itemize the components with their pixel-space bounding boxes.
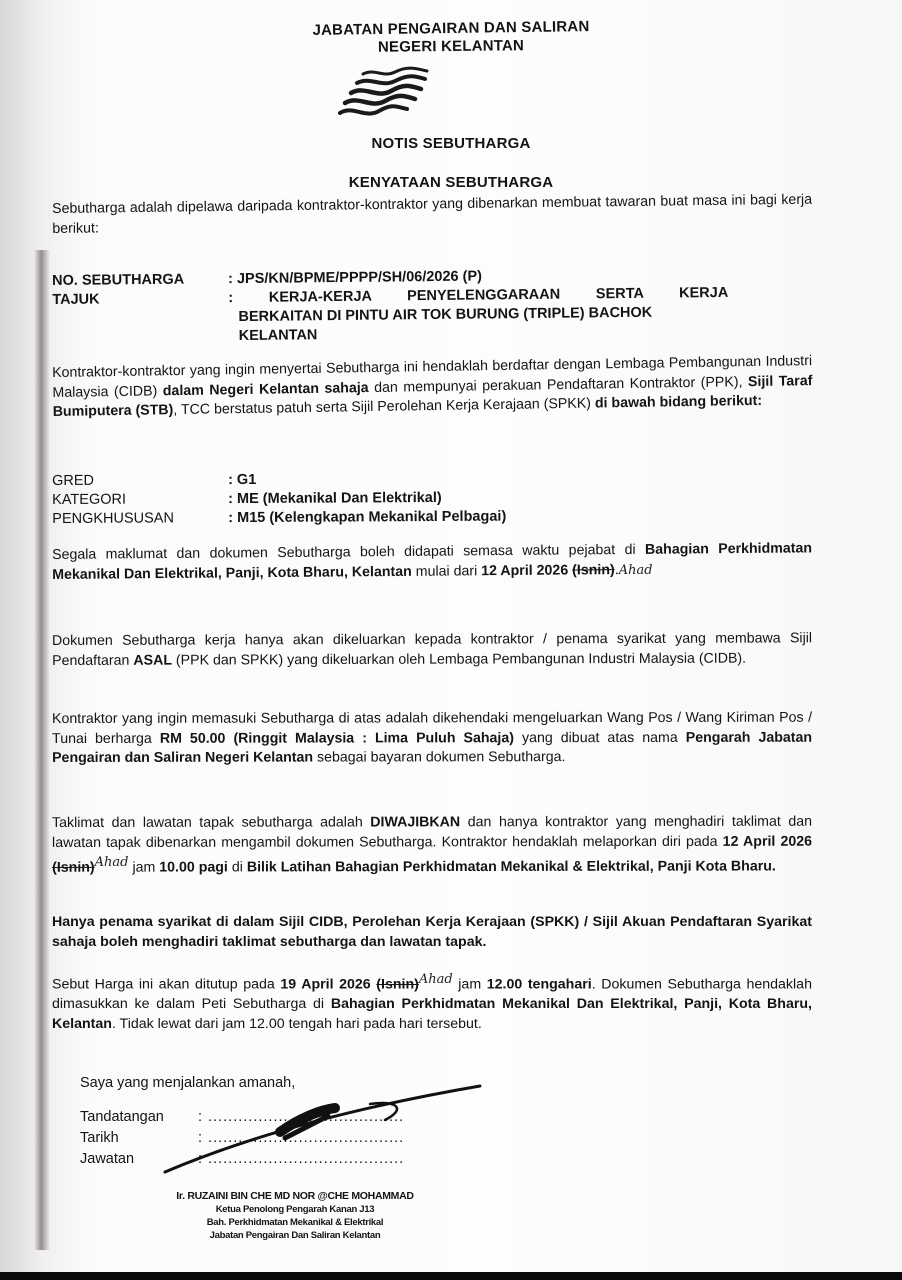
attendance-paragraph: Hanya penama syarikat di dalam Sijil CID… xyxy=(52,913,812,952)
quotation-details: NO. SEBUTHARGA : JPS/KN/BPME/PPPP/SH/06/… xyxy=(52,265,729,348)
quotation-title-label: TAJUK xyxy=(52,289,228,310)
bottom-edge xyxy=(0,1272,902,1280)
eligibility-paragraph: Kontraktor-kontraktor yang ingin menyert… xyxy=(52,352,813,423)
closing-paragraph: Sebut Harga ini akan ditutup pada 19 Apr… xyxy=(52,970,812,1035)
classification-row-specialization: PENGKHUSUSAN : M15 (Kelengkapan Mekanika… xyxy=(52,508,506,529)
struck-day: (Isnin) xyxy=(52,860,95,876)
binder-shadow xyxy=(34,250,50,1250)
handwritten-correction: Ahad xyxy=(419,972,453,987)
document-page: JABATAN PENGAIRAN DAN SALIRAN NEGERI KEL… xyxy=(0,0,902,1272)
struck-day: (Isnin) xyxy=(376,977,419,993)
intro-paragraph: Sebutharga adalah dipelawa daripada kont… xyxy=(52,191,812,239)
payment-paragraph: Kontraktor yang ingin memasuki Sebutharg… xyxy=(52,709,812,769)
handwritten-correction: Ahad xyxy=(619,562,653,577)
availability-paragraph: Segala maklumat dan dokumen Sebutharga b… xyxy=(52,539,812,585)
issuance-paragraph: Dokumen Sebutharga kerja hanya akan dike… xyxy=(52,629,812,671)
statement-title: KENYATAAN SEBUTHARGA xyxy=(0,174,902,191)
briefing-paragraph: Taklimat dan lawatan tapak sebutharga ad… xyxy=(52,813,812,879)
quotation-no-label: NO. SEBUTHARGA xyxy=(52,270,228,291)
classification-list: GRED : G1 KATEGORI : ME (Mekanikal Dan E… xyxy=(52,470,506,529)
handwritten-correction: Ahad xyxy=(95,855,129,870)
waves-logo-icon xyxy=(335,66,435,122)
classification-row-category: KATEGORI : ME (Mekanikal Dan Elektrikal) xyxy=(52,489,506,510)
classification-row-grade: GRED : G1 xyxy=(52,470,506,491)
quotation-title-line3: KELANTAN xyxy=(229,326,318,346)
notice-title: NOTIS SEBUTHARGA xyxy=(0,135,902,152)
handwritten-signature-icon xyxy=(160,1080,500,1180)
official-stamp: Ir. RUZAINI BIN CHE MD NOR @CHE MOHAMMAD… xyxy=(170,1190,420,1242)
struck-day: (Isnin) xyxy=(572,562,615,578)
